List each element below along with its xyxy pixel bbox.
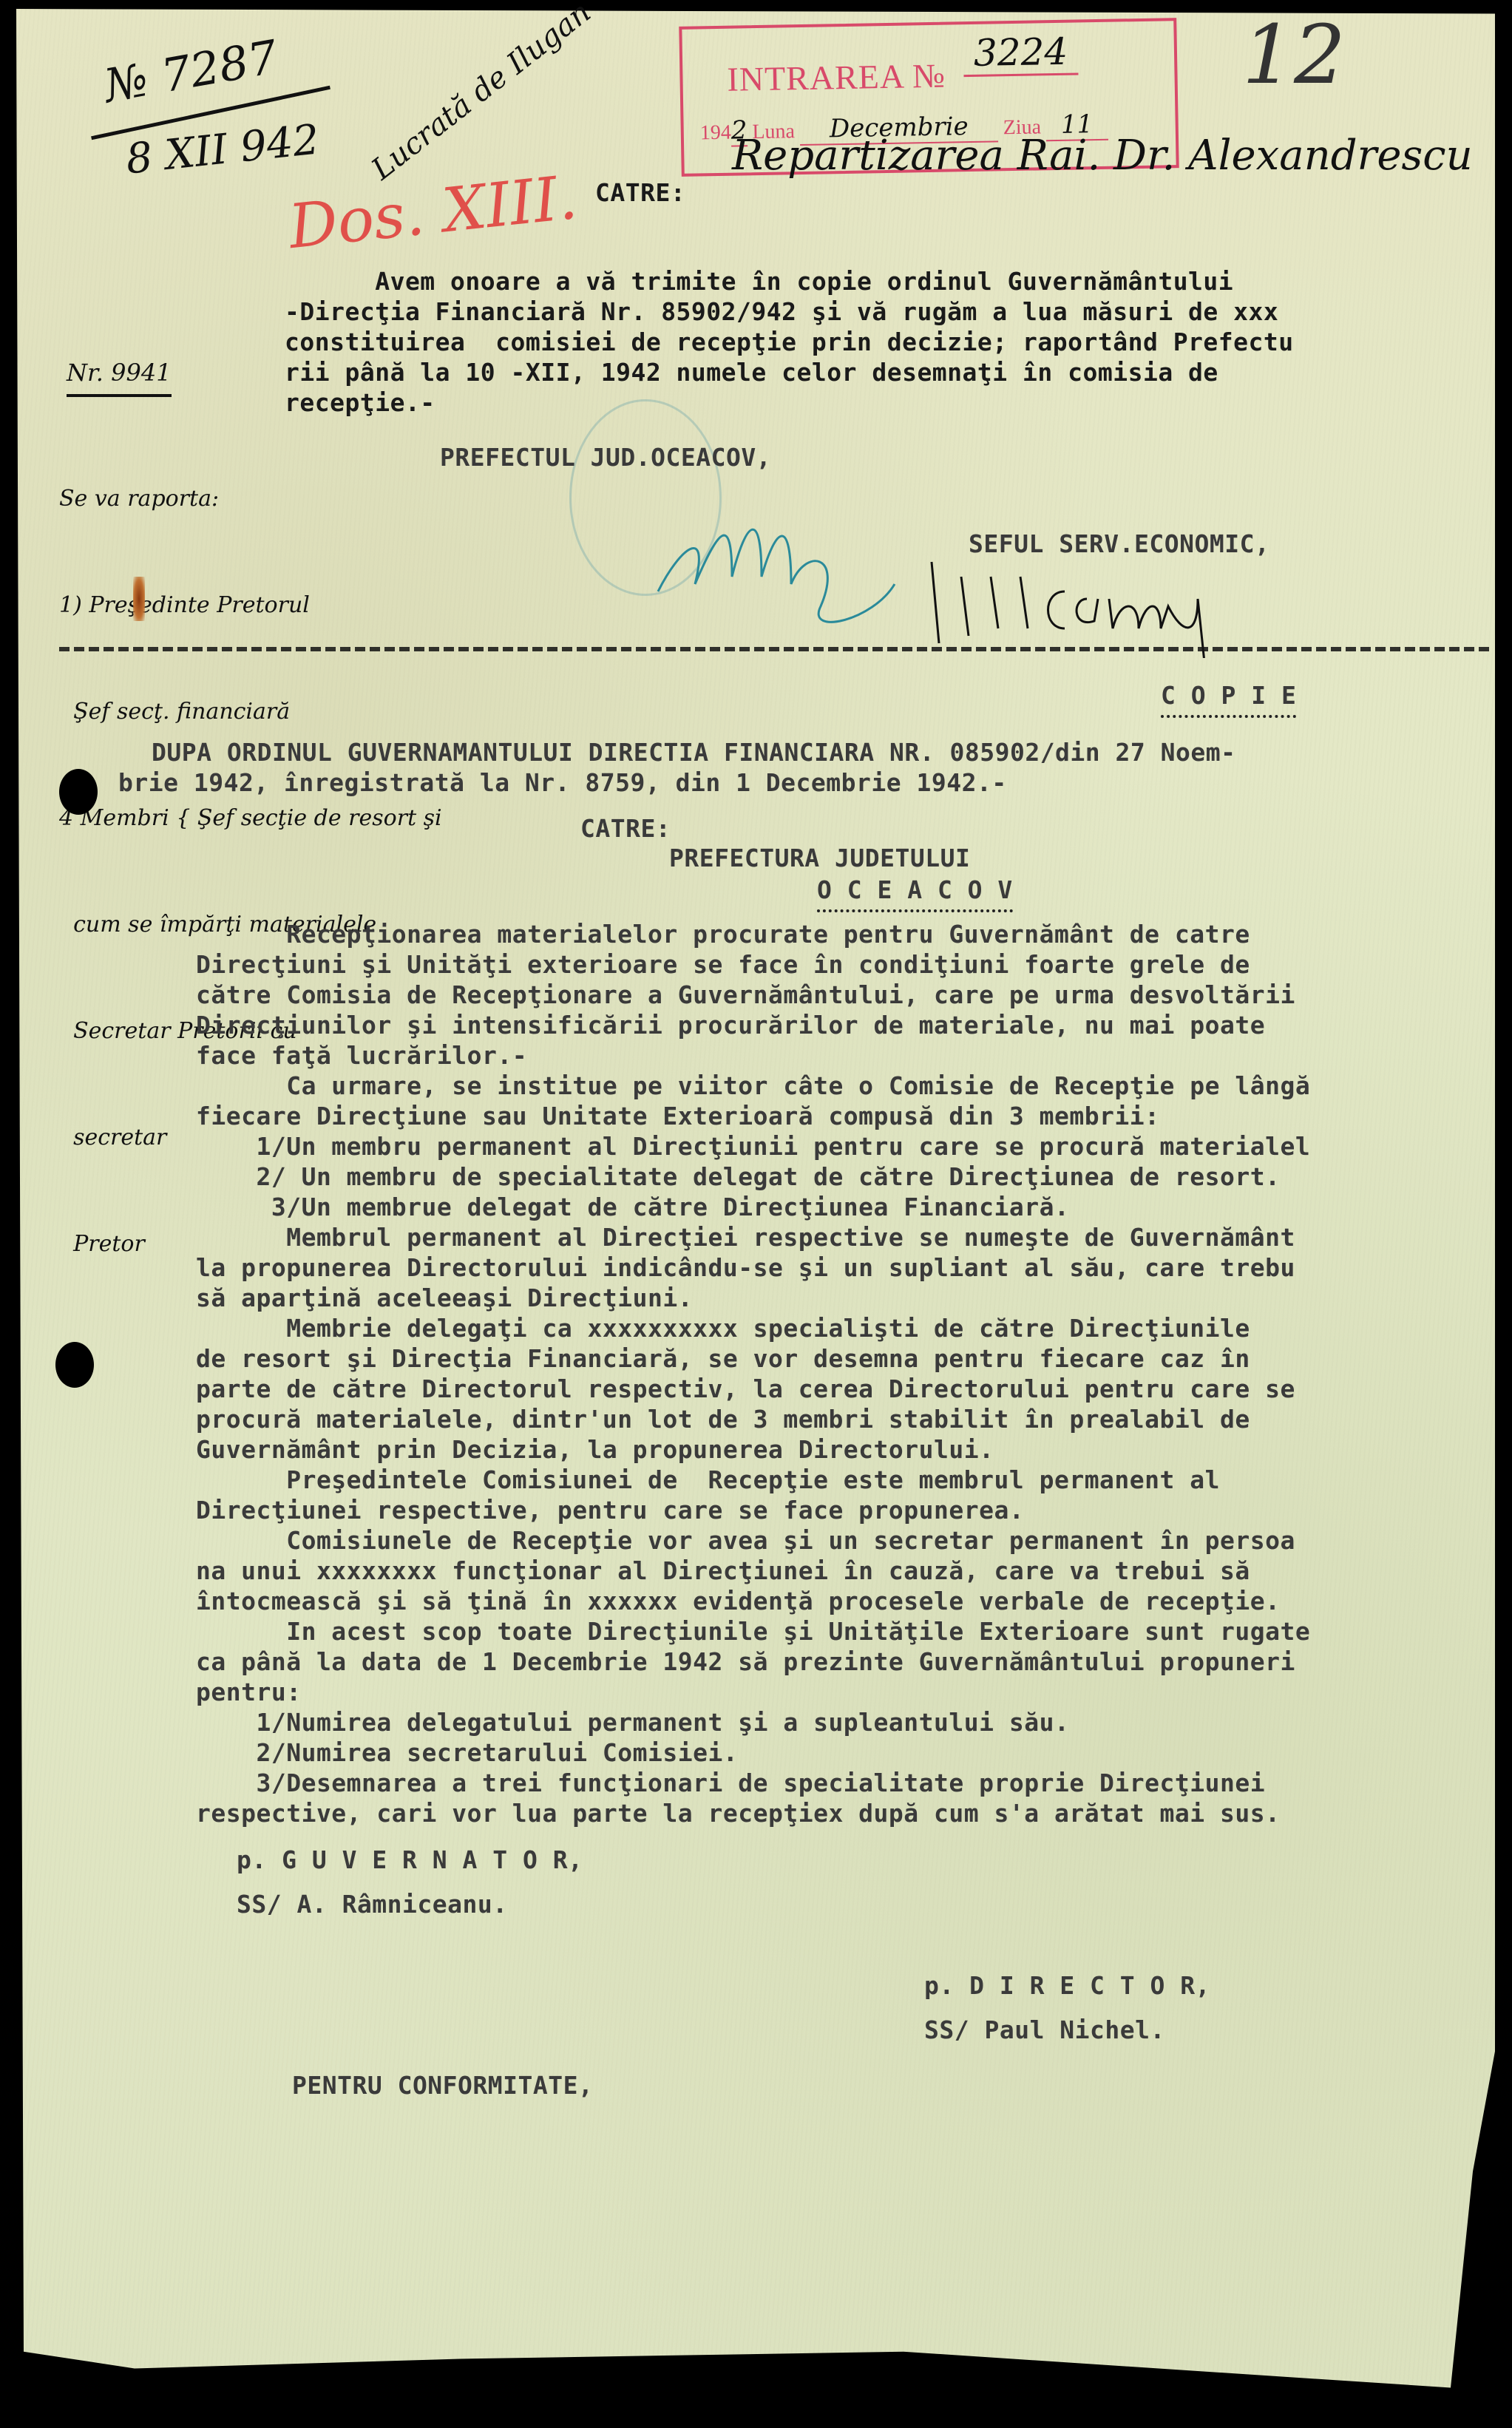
copy-intro: DUPA ORDINUL GUVERNAMANTULUI DIRECTIA FI… bbox=[152, 737, 1235, 798]
cover-line: -Direcţia Financiară Nr. 85902/942 şi vă… bbox=[285, 296, 1294, 327]
chief-signature-icon bbox=[917, 547, 1331, 658]
section-divider bbox=[59, 647, 1494, 651]
margin-note-line: Şef secţ. financiară bbox=[59, 694, 442, 730]
margin-note-line: Se va raporta: bbox=[59, 481, 442, 517]
copy-intro-line: DUPA ORDINUL GUVERNAMANTULUI DIRECTIA FI… bbox=[152, 737, 1235, 767]
governor-name: SS/ A. Râmniceanu. bbox=[237, 1889, 508, 1919]
director-title: p. D I R E C T O R, bbox=[924, 1970, 1210, 2001]
copy-line: Direcţiunilor şi intensificării procurăr… bbox=[196, 1010, 1310, 1040]
page-number: 12 bbox=[1242, 7, 1346, 102]
copy-line: Membrie delegaţi ca xxxxxxxxxx specialiş… bbox=[196, 1313, 1310, 1343]
copy-to-line1: PREFECTURA JUDETULUI bbox=[669, 843, 970, 873]
stamp-number: 3224 bbox=[963, 30, 1078, 77]
cover-letter-body: Avem onoare a vă trimite în copie ordinu… bbox=[285, 266, 1294, 418]
copy-line: Guvernământ prin Decizia, la propunerea … bbox=[196, 1434, 1310, 1465]
copy-line: respective, cari vor lua parte la recepţ… bbox=[196, 1798, 1310, 1828]
copy-line: Direcţiuni şi Unităţi exterioare se face… bbox=[196, 949, 1310, 980]
punch-hole bbox=[55, 1342, 94, 1388]
rust-stain bbox=[133, 577, 145, 621]
copy-to-line2: O C E A C O V bbox=[817, 875, 1013, 912]
margin-note-ref: Nr. 9941 bbox=[67, 359, 172, 397]
copy-line: parte de către Directorul respectiv, la … bbox=[196, 1374, 1310, 1404]
copy-line: întocmească şi să ţină în xxxxxx evidenţ… bbox=[196, 1586, 1310, 1616]
copy-body: Recepţionarea materialelor procurate pen… bbox=[196, 919, 1310, 1828]
copy-line: Comisiunele de Recepţie vor avea şi un s… bbox=[196, 1525, 1310, 1556]
copy-line: Direcţiunei respective, pentru care se f… bbox=[196, 1495, 1310, 1525]
copy-line: procură materialele, dintr'un lot de 3 m… bbox=[196, 1404, 1310, 1434]
margin-note-line: 4 Membri { Şef secţie de resort şi bbox=[59, 801, 442, 836]
copy-line: Membrul permanent al Direcţiei respectiv… bbox=[196, 1222, 1310, 1252]
director-name: SS/ Paul Nichel. bbox=[924, 2015, 1165, 2045]
copy-line: de resort şi Direcţia Financiară, se vor… bbox=[196, 1343, 1310, 1374]
punch-hole bbox=[59, 769, 98, 815]
copy-line: fiecare Direcţiune sau Unitate Exterioar… bbox=[196, 1101, 1310, 1131]
copy-line: 3/Un membrue delegat de către Direcţiune… bbox=[196, 1192, 1310, 1222]
margin-note-line: 1) Preşedinte Pretorul bbox=[59, 588, 442, 623]
copy-line: să aparţină aceleeaşi Direcţiuni. bbox=[196, 1283, 1310, 1313]
prefect-signatory: PREFECTUL JUD.OCEACOV, bbox=[440, 442, 771, 472]
copy-line: In acest scop toate Direcţiunile şi Unit… bbox=[196, 1616, 1310, 1647]
copy-line: 3/Desemnarea a trei funcţionari de speci… bbox=[196, 1768, 1310, 1798]
copy-line: Ca urmare, se institue pe viitor câte o … bbox=[196, 1071, 1310, 1101]
conformity-label: PENTRU CONFORMITATE, bbox=[292, 2070, 593, 2100]
copy-line: către Comisia de Recepţionare a Guvernăm… bbox=[196, 980, 1310, 1010]
cover-line: Avem onoare a vă trimite în copie ordinu… bbox=[285, 266, 1294, 296]
copy-line: face faţă lucrărilor.- bbox=[196, 1040, 1310, 1071]
cover-to-handwritten: Repartizarea Rai. Dr. Alexandrescu bbox=[732, 132, 1473, 180]
copy-line: 2/Numirea secretarului Comisiei. bbox=[196, 1737, 1310, 1768]
cover-to-label: CATRE: bbox=[595, 177, 685, 208]
copy-line: la propunerea Directorului indicându-se … bbox=[196, 1252, 1310, 1283]
cover-line: constituirea comisiei de recepţie prin d… bbox=[285, 327, 1294, 357]
stamp-title: INTRAREA № bbox=[727, 56, 946, 99]
copy-line: pentru: bbox=[196, 1677, 1310, 1707]
copy-line: Preşedintele Comisiunei de Recepţie este… bbox=[196, 1465, 1310, 1495]
copy-line: 2/ Un membru de specialitate delegat de … bbox=[196, 1162, 1310, 1192]
governor-title: p. G U V E R N A T O R, bbox=[237, 1845, 583, 1875]
copy-to-label: CATRE: bbox=[580, 813, 671, 844]
cover-line: rii până la 10 -XII, 1942 numele celor d… bbox=[285, 357, 1294, 387]
copy-intro-line: brie 1942, înregistrată la Nr. 8759, din… bbox=[118, 767, 1235, 798]
copy-line: 1/Un membru permanent al Direcţiunii pen… bbox=[196, 1131, 1310, 1162]
stamp-year-label: 194 bbox=[700, 121, 732, 145]
copy-title: C O P I E bbox=[1161, 680, 1296, 718]
copy-line: ca până la data de 1 Decembrie 1942 să p… bbox=[196, 1647, 1310, 1677]
copy-line: na unui xxxxxxxx funcţionar al Direcţiun… bbox=[196, 1556, 1310, 1586]
copy-line: Recepţionarea materialelor procurate pen… bbox=[196, 919, 1310, 949]
copy-line: 1/Numirea delegatului permanent şi a sup… bbox=[196, 1707, 1310, 1737]
